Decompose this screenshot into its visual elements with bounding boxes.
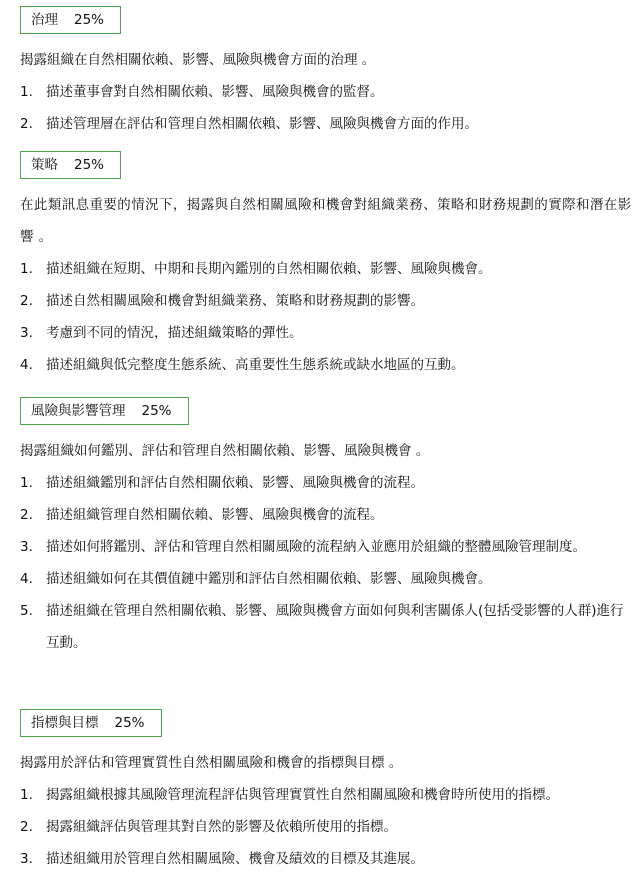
list-item: 5. 描述組織在管理自然相關依賴、影響、風險與機會方面如何與利害關係人(包括受影… <box>20 595 632 659</box>
list-item: 1. 描述組織在短期、中期和長期內鑑別的自然相關依賴、影響、風險與機會。 <box>20 253 632 285</box>
item-text: 揭露組織根據其風險管理流程評估與管理實質性自然相關風險和機會時所使用的指標。 <box>46 779 632 811</box>
disclosure-list: 1. 揭露組織根據其風險管理流程評估與管理實質性自然相關風險和機會時所使用的指標… <box>20 779 632 875</box>
item-number: 3. <box>20 317 46 349</box>
list-item: 3. 描述組織用於管理自然相關風險、機會及績效的目標及其進展。 <box>20 843 632 875</box>
section-tag-risk-impact-management: 風險與影響管理25% <box>20 397 189 425</box>
section-weight: 25% <box>115 715 145 731</box>
disclosure-list: 1. 描述組織鑑別和評估自然相關依賴、影響、風險與機會的流程。 2. 描述組織管… <box>20 467 632 659</box>
item-text: 描述組織用於管理自然相關風險、機會及績效的目標及其進展。 <box>46 843 632 875</box>
item-text: 描述組織與低完整度生態系統、高重要性生態系統或缺水地區的互動。 <box>46 349 632 381</box>
item-text: 描述自然相關風險和機會對組織業務、策略和財務規劃的影響。 <box>46 285 632 317</box>
item-text: 考慮到不同的情況，描述組織策略的彈性。 <box>46 317 632 349</box>
section-intro: 揭露組織在自然相關依賴、影響、風險與機會方面的治理 。 <box>20 44 632 76</box>
section-title: 治理 <box>31 12 58 28</box>
section-weight: 25% <box>142 403 172 419</box>
disclosure-list: 1. 描述董事會對自然相關依賴、影響、風險與機會的監督。 2. 描述管理層在評估… <box>20 76 632 140</box>
item-number: 1. <box>20 253 46 285</box>
section-intro: 在此類訊息重要的情況下，揭露與自然相關風險和機會對組織業務、策略和財務規劃的實際… <box>20 189 632 253</box>
list-item: 4. 描述組織如何在其價值鏈中鑑別和評估自然相關依賴、影響、風險與機會。 <box>20 563 632 595</box>
item-text: 描述組織如何在其價值鏈中鑑別和評估自然相關依賴、影響、風險與機會。 <box>46 563 632 595</box>
list-item: 2. 描述自然相關風險和機會對組織業務、策略和財務規劃的影響。 <box>20 285 632 317</box>
item-number: 1. <box>20 76 46 108</box>
item-number: 3. <box>20 843 46 875</box>
item-number: 4. <box>20 563 46 595</box>
item-text: 描述組織管理自然相關依賴、影響、風險與機會的流程。 <box>46 499 632 531</box>
item-text: 描述如何將鑑別、評估和管理自然相關風險的流程納入並應用於組織的整體風險管理制度。 <box>46 531 632 563</box>
list-item: 2. 揭露組織評估與管理其對自然的影響及依賴所使用的指標。 <box>20 811 632 843</box>
section-metrics-targets: 指標與目標25% 揭露用於評估和管理實質性自然相關風險和機會的指標與目標 。 1… <box>20 709 632 875</box>
section-tag-strategy: 策略25% <box>20 151 121 179</box>
item-number: 2. <box>20 811 46 843</box>
item-number: 2. <box>20 499 46 531</box>
item-number: 2. <box>20 108 46 140</box>
section-tag-metrics-targets: 指標與目標25% <box>20 709 162 737</box>
item-number: 4. <box>20 349 46 381</box>
section-title: 指標與目標 <box>31 715 99 731</box>
item-text: 描述組織在短期、中期和長期內鑑別的自然相關依賴、影響、風險與機會。 <box>46 253 632 285</box>
item-text: 描述組織鑑別和評估自然相關依賴、影響、風險與機會的流程。 <box>46 467 632 499</box>
section-governance: 治理25% 揭露組織在自然相關依賴、影響、風險與機會方面的治理 。 1. 描述董… <box>20 6 632 140</box>
section-title: 策略 <box>31 157 58 173</box>
item-text: 揭露組織評估與管理其對自然的影響及依賴所使用的指標。 <box>46 811 632 843</box>
list-item: 2. 描述組織管理自然相關依賴、影響、風險與機會的流程。 <box>20 499 632 531</box>
item-text: 描述管理層在評估和管理自然相關依賴、影響、風險與機會方面的作用。 <box>46 108 632 140</box>
list-item: 1. 描述組織鑑別和評估自然相關依賴、影響、風險與機會的流程。 <box>20 467 632 499</box>
disclosure-list: 1. 描述組織在短期、中期和長期內鑑別的自然相關依賴、影響、風險與機會。 2. … <box>20 253 632 381</box>
list-item: 3. 描述如何將鑑別、評估和管理自然相關風險的流程納入並應用於組織的整體風險管理… <box>20 531 632 563</box>
item-number: 2. <box>20 285 46 317</box>
list-item: 1. 揭露組織根據其風險管理流程評估與管理實質性自然相關風險和機會時所使用的指標… <box>20 779 632 811</box>
list-item: 3. 考慮到不同的情況，描述組織策略的彈性。 <box>20 317 632 349</box>
item-number: 1. <box>20 467 46 499</box>
list-item: 4. 描述組織與低完整度生態系統、高重要性生態系統或缺水地區的互動。 <box>20 349 632 381</box>
item-number: 3. <box>20 531 46 563</box>
section-weight: 25% <box>74 12 104 28</box>
section-intro: 揭露用於評估和管理實質性自然相關風險和機會的指標與目標 。 <box>20 747 632 779</box>
item-number: 5. <box>20 595 46 659</box>
item-number: 1. <box>20 779 46 811</box>
list-item: 1. 描述董事會對自然相關依賴、影響、風險與機會的監督。 <box>20 76 632 108</box>
list-item: 2. 描述管理層在評估和管理自然相關依賴、影響、風險與機會方面的作用。 <box>20 108 632 140</box>
section-intro: 揭露組織如何鑑別、評估和管理自然相關依賴、影響、風險與機會 。 <box>20 435 632 467</box>
section-weight: 25% <box>74 157 104 173</box>
section-strategy: 策略25% 在此類訊息重要的情況下，揭露與自然相關風險和機會對組織業務、策略和財… <box>20 151 632 381</box>
item-text: 描述組織在管理自然相關依賴、影響、風險與機會方面如何與利害關係人(包括受影響的人… <box>46 595 632 659</box>
item-text: 描述董事會對自然相關依賴、影響、風險與機會的監督。 <box>46 76 632 108</box>
section-tag-governance: 治理25% <box>20 6 121 34</box>
section-title: 風險與影響管理 <box>31 403 126 419</box>
section-risk-impact-management: 風險與影響管理25% 揭露組織如何鑑別、評估和管理自然相關依賴、影響、風險與機會… <box>20 397 632 659</box>
